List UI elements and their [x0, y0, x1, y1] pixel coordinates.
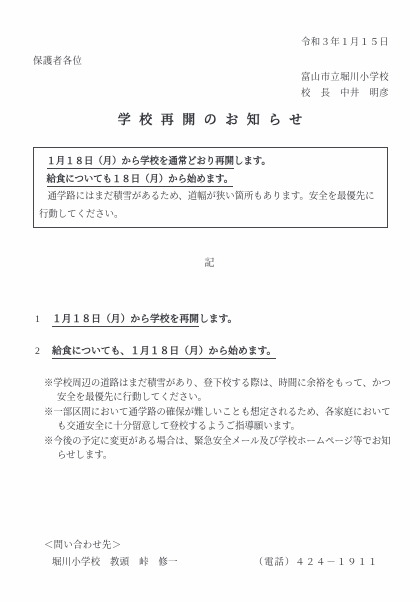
- plain-text: します。: [234, 157, 271, 167]
- contact-section-header: ＜問い合わせ先＞: [44, 539, 121, 553]
- list-item-2: 2給食についても、１月１８日（月）から始めます。: [35, 345, 276, 360]
- document-title: 学校再開のお知らせ: [0, 110, 420, 130]
- document-date: 令和３年１月１５日: [301, 36, 389, 50]
- recipient-line: 保護者各位: [33, 55, 82, 69]
- underlined-text: 給食についても、１月１８日（月）から始めます。: [52, 346, 276, 359]
- note-item: ※学校周辺の道路はまだ積雪があり、登下校する際は、時間に余裕をもって、かつ安全を…: [44, 377, 396, 406]
- contact-phone: （電話）４２４－１９１１: [254, 556, 379, 570]
- document-page: 令和３年１月１５日 保護者各位 富山市立堀川小学校 校 長 中井 明彦 学校再開…: [0, 0, 420, 603]
- list-item-1: 1１月１８日（月）から学校を再開します。: [35, 313, 237, 328]
- note-item: ※今後の予定に変更がある場合は、緊急安全メール及び学校ホームページ等でお知らせし…: [44, 435, 396, 464]
- underlined-text: 給食についても１８日（月）から始めます。: [47, 175, 234, 187]
- contact-person: 堀川小学校 教頭 峠 修一: [52, 558, 178, 568]
- notice-highlight-box: １月１８日（月）から学校を通常どおり再開します。 給食についても１８日（月）から…: [33, 147, 388, 228]
- item-number: 2: [35, 345, 52, 360]
- school-name: 富山市立堀川小学校: [301, 71, 389, 87]
- principal-name: 校 長 中井 明彦: [301, 87, 389, 103]
- notes-section: ※学校周辺の道路はまだ積雪があり、登下校する際は、時間に余裕をもって、かつ安全を…: [44, 377, 396, 463]
- notice-caution-text: 通学路にはまだ積雪があるため、道幅が狭い箇所もあります。安全を最優先に行動してく…: [39, 189, 379, 224]
- sender-block: 富山市立堀川小学校 校 長 中井 明彦: [301, 71, 389, 102]
- note-marker: ※: [44, 437, 53, 447]
- note-text: 一部区間において通学路の確保が難しいことも想定されるため、各家庭においても交通安…: [53, 408, 390, 432]
- note-item: ※一部区間において通学路の確保が難しいことも想定されるため、各家庭においても交通…: [44, 406, 396, 435]
- note-text: 学校周辺の道路はまだ積雪があり、登下校する際は、時間に余裕をもって、かつ安全を最…: [53, 379, 390, 403]
- plain-text: します。: [199, 314, 237, 325]
- note-marker: ※: [44, 379, 53, 389]
- item-number: 1: [35, 313, 52, 328]
- ki-label: 記: [0, 256, 420, 271]
- note-text: 今後の予定に変更がある場合は、緊急安全メール及び学校ホームページ等でお知らせしま…: [53, 437, 390, 461]
- notice-line-lunch: 給食についても１８日（月）から始めます。: [39, 172, 379, 190]
- underlined-text: １月１８日（月）から学校を通常どおり再開: [47, 157, 235, 169]
- contact-row: 堀川小学校 教頭 峠 修一（電話）４２４－１９１１: [52, 556, 392, 570]
- note-marker: ※: [44, 408, 53, 418]
- underlined-text: １月１８日（月）から学校を再開: [52, 314, 199, 327]
- notice-line-reopen: １月１８日（月）から学校を通常どおり再開します。: [39, 154, 379, 172]
